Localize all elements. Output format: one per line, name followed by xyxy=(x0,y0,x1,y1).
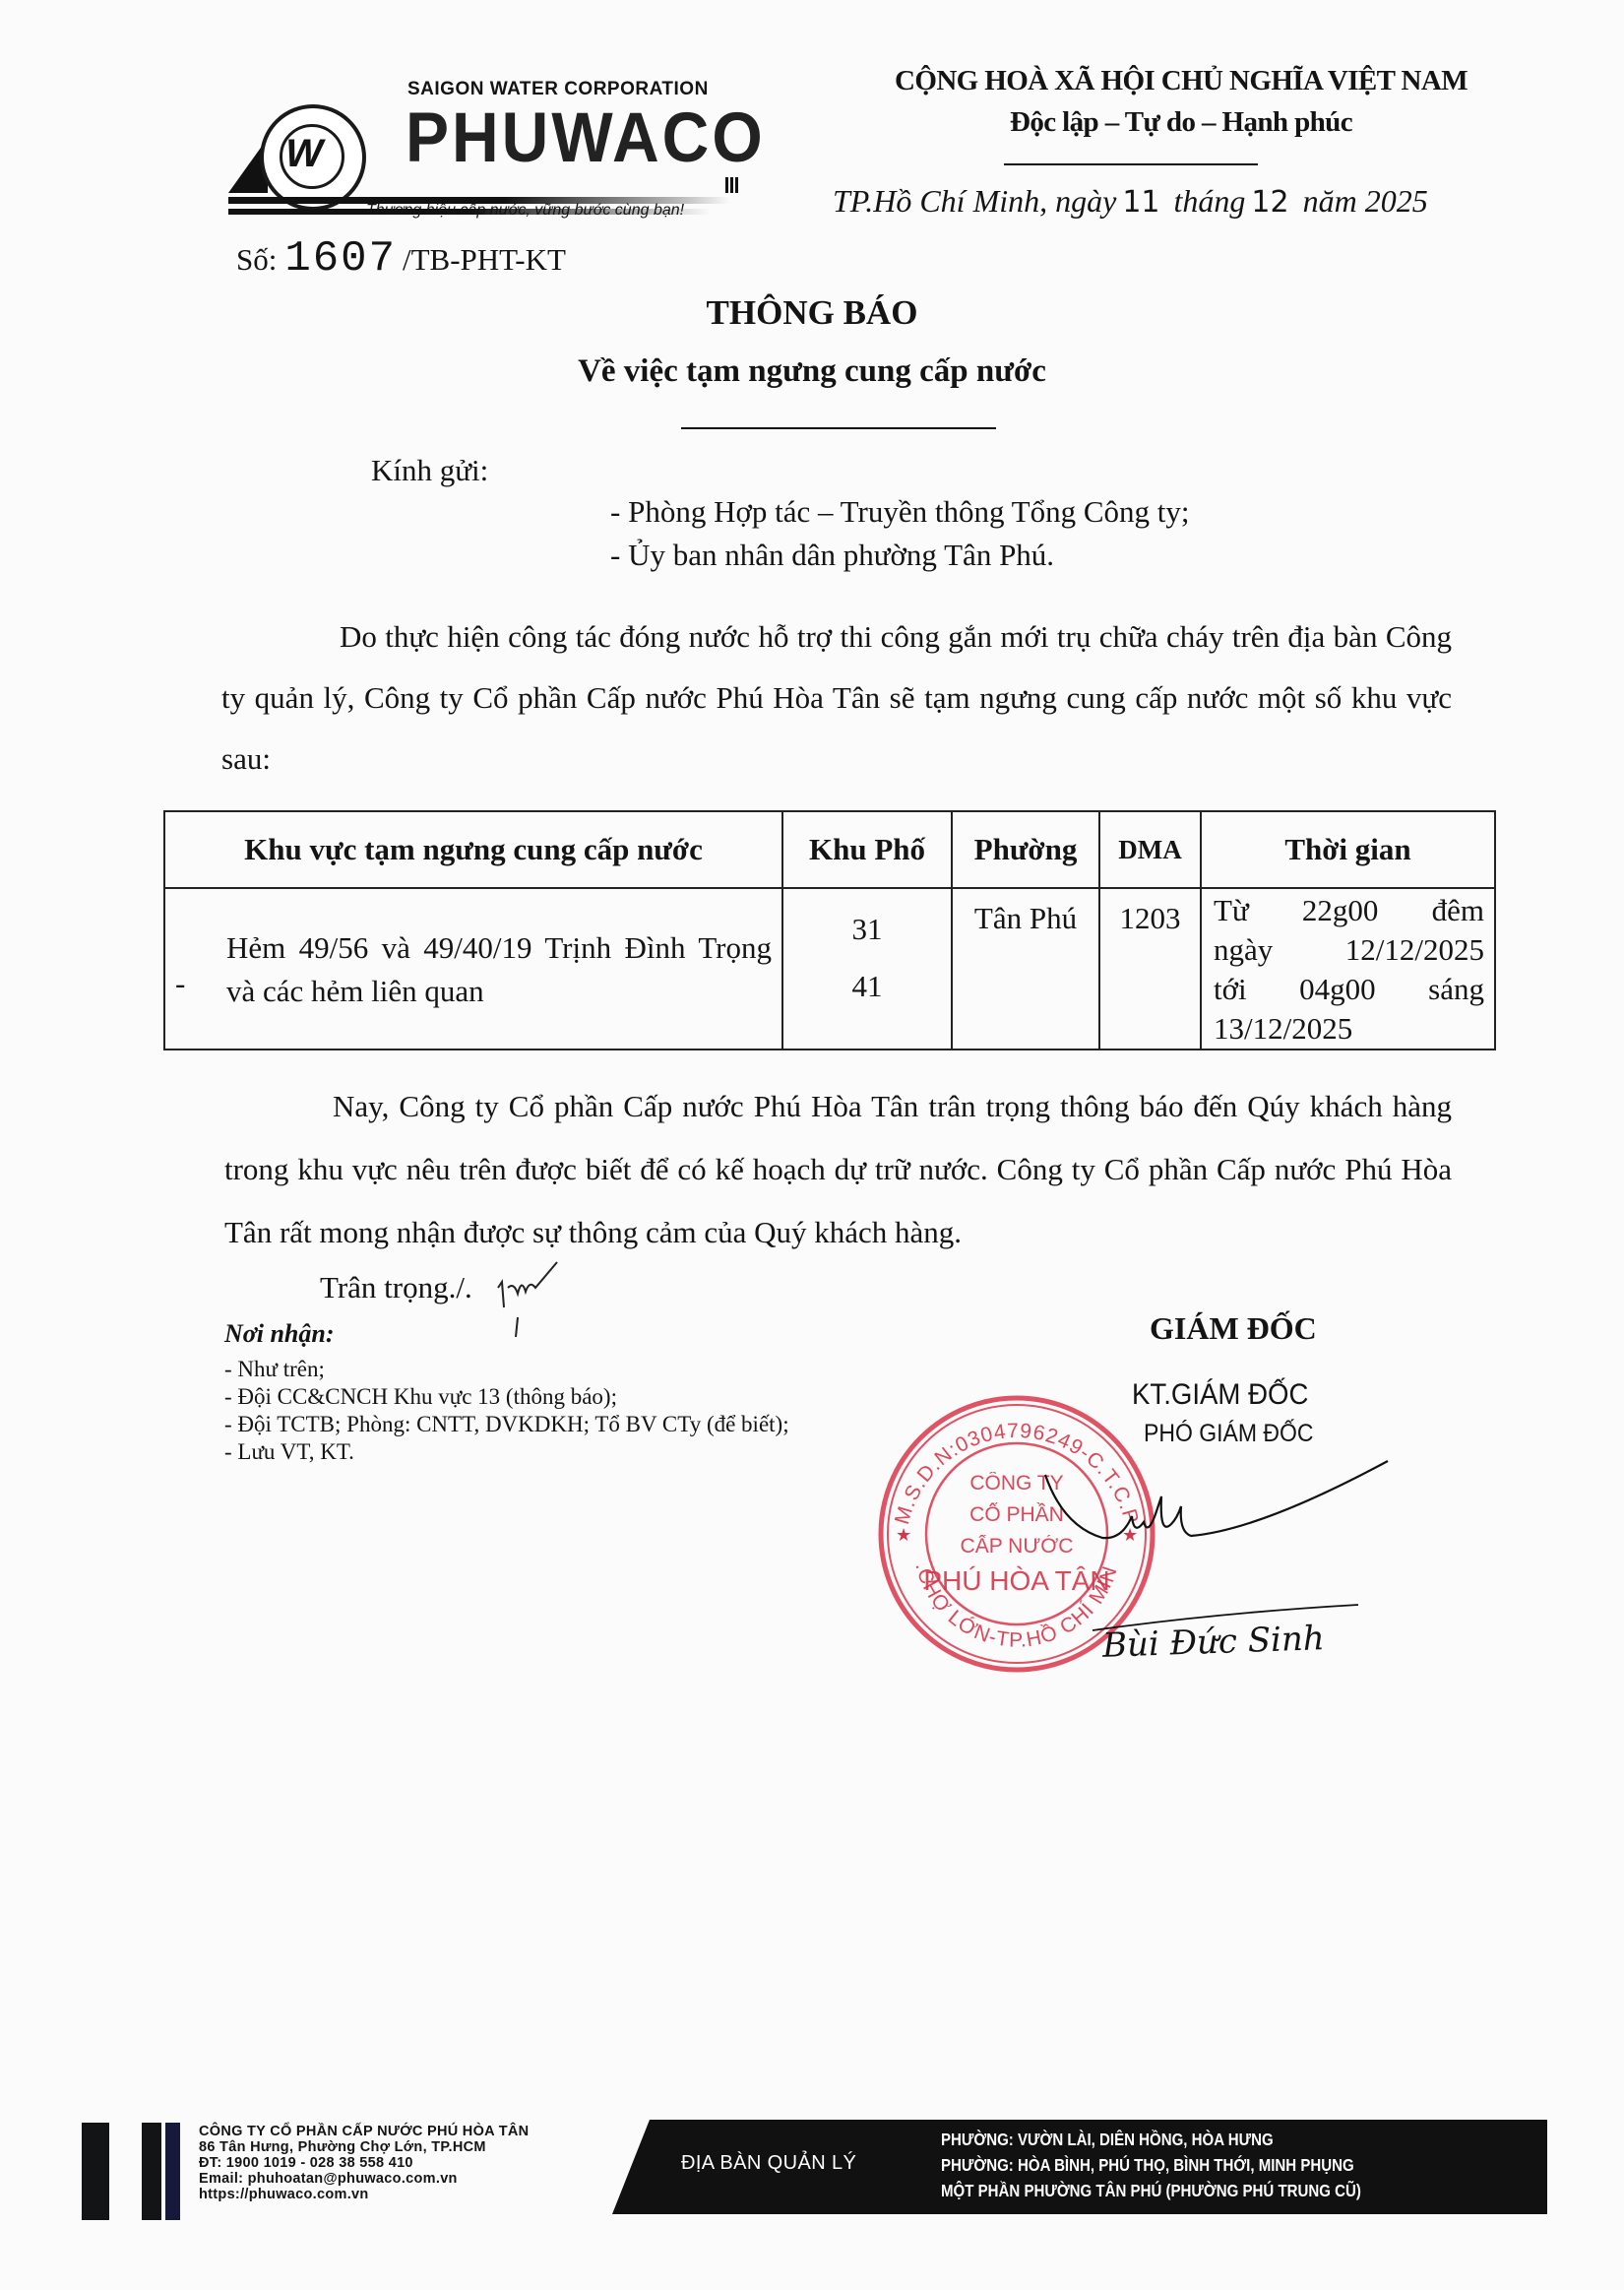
national-motto: Độc lập – Tự do – Hạnh phúc xyxy=(846,106,1516,139)
cell-time: Từ 22g00 đêm ngày 12/12/2025 tới 04g00 s… xyxy=(1201,888,1495,1050)
area-text: Hẻm 49/56 và 49/40/19 Trịnh Đình Trọng v… xyxy=(226,926,772,1013)
date-place: TP.Hồ Chí Minh, ngày xyxy=(833,183,1116,219)
distribution-item: - Như trên; xyxy=(224,1357,325,1382)
brand-name: PHUWACO xyxy=(406,96,766,177)
footer-ward-line: PHƯỜNG: HÒA BÌNH, PHÚ THỌ, BÌNH THỚI, MI… xyxy=(941,2152,1361,2178)
intro-paragraph: Do thực hiện công tác đóng nước hỗ trợ t… xyxy=(221,606,1452,790)
date-month: 12 xyxy=(1251,185,1288,220)
date-day: 11 xyxy=(1122,185,1159,220)
date-line: TP.Hồ Chí Minh, ngày11tháng12năm 2025 xyxy=(833,183,1428,220)
closing-phrase: Trân trọng./. xyxy=(320,1270,472,1305)
motto-underline xyxy=(1004,163,1258,165)
intro-paragraph-text: Do thực hiện công tác đóng nước hỗ trợ t… xyxy=(221,619,1452,776)
distribution-label: Nơi nhận: xyxy=(224,1319,335,1349)
distribution-item: - Đội CC&CNCH Khu vực 13 (thông báo); xyxy=(224,1384,617,1410)
document-number-value: 1607 xyxy=(284,234,397,284)
distribution-item: - Đội TCTB; Phòng: CNTT, DVKDKH; Tổ BV C… xyxy=(224,1412,789,1437)
date-year: năm 2025 xyxy=(1303,183,1428,219)
footer-bar-decoration xyxy=(82,2123,109,2220)
footer-company-info: CÔNG TY CỔ PHẦN CẤP NƯỚC PHÚ HÒA TÂN 86 … xyxy=(199,2124,529,2202)
time-line: 13/12/2025 xyxy=(1214,1009,1484,1049)
distribution-item: - Lưu VT, KT. xyxy=(224,1439,354,1465)
footer-company-name: CÔNG TY CỔ PHẦN CẤP NƯỚC PHÚ HÒA TÂN xyxy=(199,2124,529,2139)
cell-area: - Hẻm 49/56 và 49/40/19 Trịnh Đình Trọng… xyxy=(164,888,782,1050)
footer-website[interactable]: https://phuwaco.com.vn xyxy=(199,2187,529,2202)
recipient-item: - Ủy ban nhân dân phường Tân Phú. xyxy=(610,538,1054,573)
recipient-item: - Phòng Hợp tác – Truyền thông Tổng Công… xyxy=(610,494,1190,530)
time-line: tới 04g00 sáng xyxy=(1214,970,1484,1009)
footer-ward-line: MỘT PHẦN PHƯỜNG TÂN PHÚ (PHƯỜNG PHÚ TRUN… xyxy=(941,2178,1361,2203)
khu-pho-value: 41 xyxy=(784,958,950,1015)
title-underline xyxy=(681,427,996,429)
header-dma: DMA xyxy=(1099,811,1201,888)
table-row: - Hẻm 49/56 và 49/40/19 Trịnh Đình Trọng… xyxy=(164,888,1495,1050)
document-number-suffix: /TB-PHT-KT xyxy=(403,242,566,277)
time-line: ngày 12/12/2025 xyxy=(1214,930,1484,970)
cell-khu-pho: 31 41 xyxy=(782,888,952,1050)
salutation: Kính gửi: xyxy=(371,453,488,488)
logo-emblem-icon: W xyxy=(260,104,366,211)
header-phuong: Phường xyxy=(952,811,1099,888)
footer-address: 86 Tân Hưng, Phường Chợ Lớn, TP.HCM xyxy=(199,2139,529,2155)
footer-area-label: ĐỊA BÀN QUẢN LÝ xyxy=(681,2152,856,2175)
footer-email[interactable]: Email: phuhoatan@phuwaco.com.vn xyxy=(199,2171,529,2187)
svg-text:★: ★ xyxy=(896,1525,911,1545)
khu-pho-value: 31 xyxy=(784,901,950,958)
signature-position: GIÁM ĐỐC xyxy=(1150,1310,1317,1347)
national-title: CỘNG HOÀ XÃ HỘI CHỦ NGHĨA VIỆT NAM xyxy=(846,65,1516,97)
time-line: Từ 22g00 đêm xyxy=(1214,891,1484,930)
row-bullet: - xyxy=(175,966,185,1001)
header-area: Khu vực tạm ngưng cung cấp nước xyxy=(164,811,782,888)
header-time: Thời gian xyxy=(1201,811,1495,888)
document-number: Số:1607/TB-PHT-KT xyxy=(236,234,566,284)
footer-wards-list: PHƯỜNG: VƯỜN LÀI, DIÊN HỒNG, HÒA HƯNG PH… xyxy=(941,2127,1361,2203)
signer-title: PHÓ GIÁM ĐỐC xyxy=(1144,1420,1314,1448)
initial-signature-icon xyxy=(488,1258,587,1337)
cell-phuong: Tân Phú xyxy=(952,888,1099,1050)
outage-table: Khu vực tạm ngưng cung cấp nước Khu Phố … xyxy=(163,810,1496,1050)
footer-phone: ĐT: 1900 1019 - 028 38 558 410 xyxy=(199,2155,529,2171)
closing-paragraph: Nay, Công ty Cổ phần Cấp nước Phú Hòa Tâ… xyxy=(224,1075,1452,1264)
date-month-label: tháng xyxy=(1174,183,1246,219)
logo-barcode-mark xyxy=(725,177,739,193)
cell-dma: 1203 xyxy=(1099,888,1201,1050)
footer-bar-decoration xyxy=(165,2123,180,2220)
header-khu-pho: Khu Phố xyxy=(782,811,952,888)
footer-bar-decoration xyxy=(142,2123,161,2220)
document-subtitle: Về việc tạm ngưng cung cấp nước xyxy=(0,353,1624,390)
signer-name: Bùi Đức Sinh xyxy=(1101,1619,1325,1666)
brand-tagline: Thương hiệu cấp nước, vững bước cùng bạn… xyxy=(366,202,684,220)
closing-paragraph-text: Nay, Công ty Cổ phần Cấp nước Phú Hòa Tâ… xyxy=(224,1089,1452,1249)
document-title: THÔNG BÁO xyxy=(0,293,1624,333)
footer-ward-line: PHƯỜNG: VƯỜN LÀI, DIÊN HỒNG, HÒA HƯNG xyxy=(941,2127,1361,2152)
table-header-row: Khu vực tạm ngưng cung cấp nước Khu Phố … xyxy=(164,811,1495,888)
document-number-label: Số: xyxy=(236,242,277,277)
